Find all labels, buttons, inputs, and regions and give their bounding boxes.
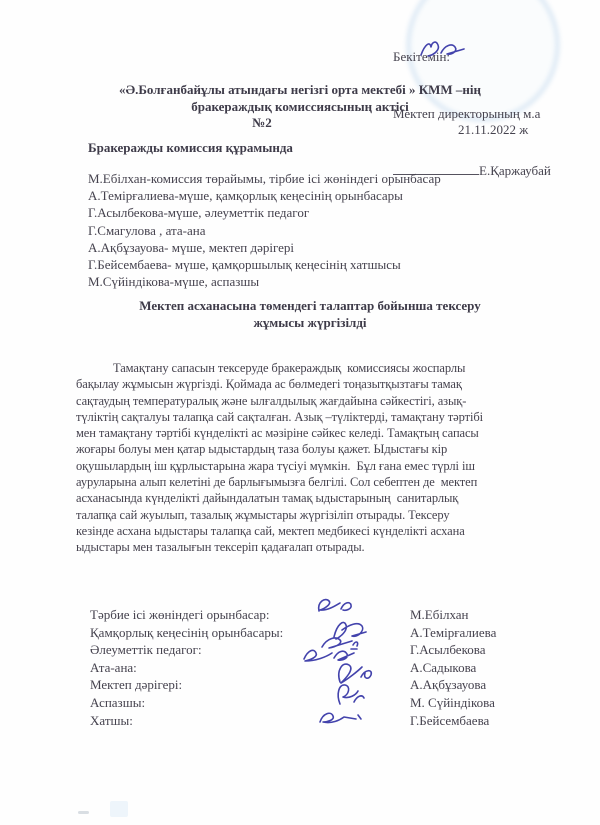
signature-ink: [315, 595, 353, 617]
signature-names-column: М.Ебілхан А.Темірғалиева Г.Асылбекова А.…: [410, 606, 496, 729]
body-line: бақылау жұмысын жүргізді. Қоймада ас бөл…: [76, 376, 483, 392]
signature-role-label: Хатшы:: [90, 712, 283, 730]
document-date: 21.11.2022 ж: [458, 122, 528, 138]
section-heading-line1: Мектеп асханасына төмендегі талаптар бой…: [10, 298, 600, 314]
body-line: оқушылардың іш құрлыстарына жара түсіуі …: [76, 458, 483, 474]
signature-name: Г.Бейсембаева: [410, 712, 496, 730]
body-line: асханасында күнделікті дайындалатын тама…: [76, 490, 483, 506]
body-line: сақтаудың температуралық және ылғалдылық…: [76, 393, 483, 409]
commission-heading: Бракеражды комиссия құрамында: [88, 140, 293, 156]
section-heading-line2: жұмысы жүргізілді: [10, 315, 600, 331]
document-number: №2: [0, 115, 524, 131]
signature-role-label: Тәрбие ісі жөніндегі орынбасар:: [90, 606, 283, 624]
signature-name: Г.Асылбекова: [410, 641, 496, 659]
document-title-line1: «Ә.Болғанбайұлы атындағы негізгі орта ме…: [0, 82, 600, 98]
signature-name: А.Садыкова: [410, 659, 496, 677]
member-item: Г.Асылбекова-мүше, әлеуметтік педагог: [88, 204, 441, 221]
signature-name: А.Темірғалиева: [410, 624, 496, 642]
director-signature-ink: [418, 39, 472, 62]
signature-role-label: Қамқорлық кеңесінің орынбасары:: [90, 624, 283, 642]
body-line: түліктің сақталуы талапқа сай сақталған.…: [76, 409, 483, 425]
document-title-line2: бракераждық комиссиясының актісі: [0, 99, 600, 115]
body-line: ауруларына алып келетіні де барлығымызға…: [76, 474, 483, 490]
signature-role-label: Ата-ана:: [90, 659, 283, 677]
commission-members-list: М.Ебілхан-комиссия төрайымы, тірбие ісі …: [88, 170, 441, 290]
signature-ink: [330, 680, 366, 708]
signature-labels-column: Тәрбие ісі жөніндегі орынбасар: Қамқорлы…: [90, 606, 283, 729]
member-item: Г.Бейсембаева- мүше, қамқоршылық кеңесін…: [88, 256, 441, 273]
scan-artifact-gray: [78, 811, 89, 814]
body-line: Тамақтану сапасын тексеруде бракераждық …: [76, 360, 483, 376]
member-item: А.Темірғалиева-мүше, қамқорлық кеңесінің…: [88, 187, 441, 204]
member-item: М.Сүйіндікова-мүше, аспазшы: [88, 273, 441, 290]
signature-role-label: Мектеп дәрігері:: [90, 676, 283, 694]
signature-role-label: Әлеуметтік педагог:: [90, 641, 283, 659]
scanned-document-page: Бекітемін: Мектеп директорының м.а Е.Қар…: [0, 0, 600, 825]
body-line: кезінде асхана ыдыстары талапқа сай, мек…: [76, 523, 483, 539]
signature-role-label: Аспазшы:: [90, 694, 283, 712]
body-line: жоғары болуы мен қатар ыдыстардың таза б…: [76, 441, 483, 457]
member-item: А.Ақбұзауова- мүше, мектеп дәрігері: [88, 239, 441, 256]
signature-name: А.Ақбұзауова: [410, 676, 496, 694]
body-paragraph: Тамақтану сапасын тексеруде бракераждық …: [76, 360, 483, 556]
signature-name: М. Сүйіндікова: [410, 694, 496, 712]
signature-name: М.Ебілхан: [410, 606, 496, 624]
signature-ink: [316, 706, 364, 727]
body-line: талапқа сай жуылып, тазалық жұмыстары жү…: [76, 507, 483, 523]
member-item: М.Ебілхан-комиссия төрайымы, тірбие ісі …: [88, 170, 441, 187]
approver-name: Е.Қаржаубай: [479, 163, 551, 178]
scan-artifact-blue: [110, 801, 128, 817]
member-item: Г.Смагулова , ата-ана: [88, 222, 441, 239]
body-line: ыдыстары мен тазалығын тексеріп қадағала…: [76, 539, 483, 555]
body-line: мен тамақтану тәртібі күнделікті ас мәзі…: [76, 425, 483, 441]
